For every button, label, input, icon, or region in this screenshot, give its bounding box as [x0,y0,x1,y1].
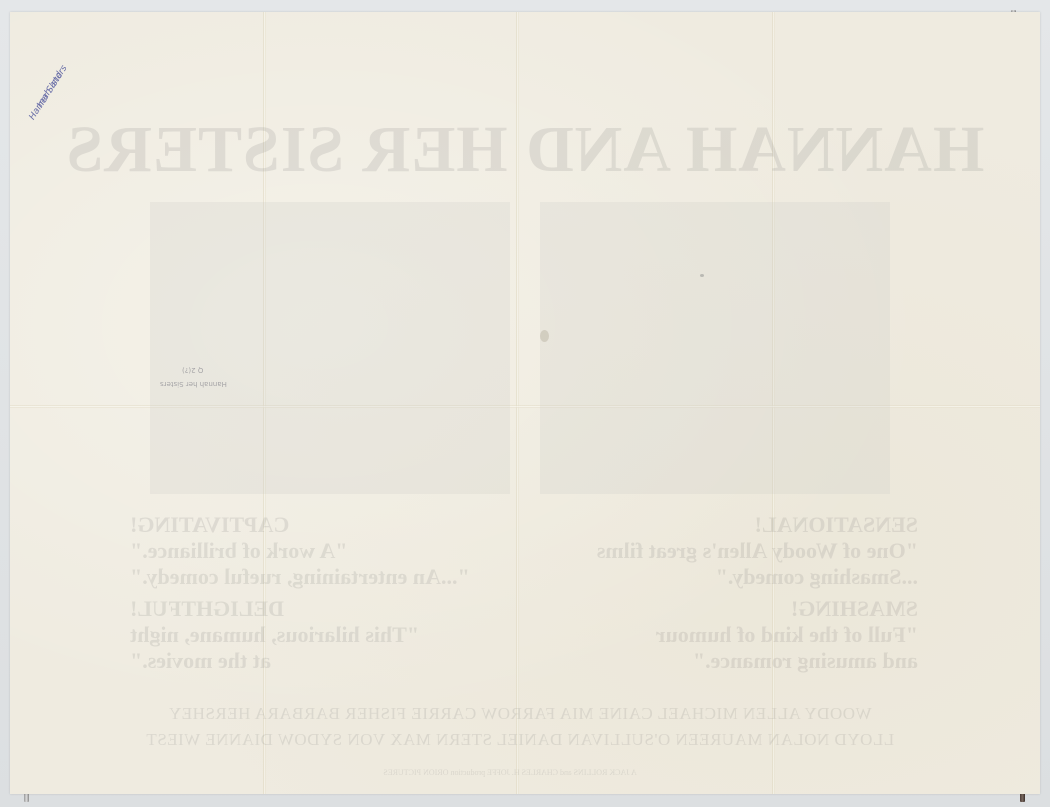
quote-text: and amusing romance." [538,648,918,674]
bleed-through-photo-right [540,202,890,494]
quote-heading: CAPTIVATING! [130,512,510,538]
quote-text: at the movies." [130,648,510,674]
quote-text: "...An entertaining, rueful comedy." [130,564,510,590]
quote-heading: SMASHING! [538,596,918,622]
quote-heading: DELIGHTFUL! [130,596,510,622]
quote-text: "Full of the kind of humour [538,622,918,648]
bleed-through-quote-block-left: CAPTIVATING! "A work of brilliance." "..… [130,512,510,674]
quote-text: ...Smashing comedy." [538,564,918,590]
bleed-through-quote-block-right: SENSATIONAL! "One of Woody Allen's great… [538,512,918,674]
pencil-note-line-1: Q 2(?) [182,366,203,374]
bleed-through-credits-line-2: LLOYD NOLAN MAUREEN O'SULLIVAN DANIEL ST… [50,730,990,750]
poster-reverse-side: HANNAH AND HER SISTERS CAPTIVATING! "A w… [10,12,1040,794]
pencil-note-line-2: Hannah her Sisters [160,380,227,388]
quote-text: "One of Woody Allen's great films [538,538,918,564]
quote-heading: SENSATIONAL! [538,512,918,538]
quote-text: "This hilarious, humane, night [130,622,510,648]
bleed-through-billing-block: A JACK ROLLINS and CHARLES H. JOFFE prod… [230,768,790,777]
bleed-through-credits-line-1: WOODY ALLEN MICHAEL CAINE MIA FARROW CAR… [70,704,970,724]
quote-text: "A work of brilliance." [130,538,510,564]
small-mark [700,274,704,277]
stain-spot [540,330,549,342]
bleed-through-photo-left [150,202,510,494]
bleed-through-title: HANNAH AND HER SISTERS [55,112,995,188]
